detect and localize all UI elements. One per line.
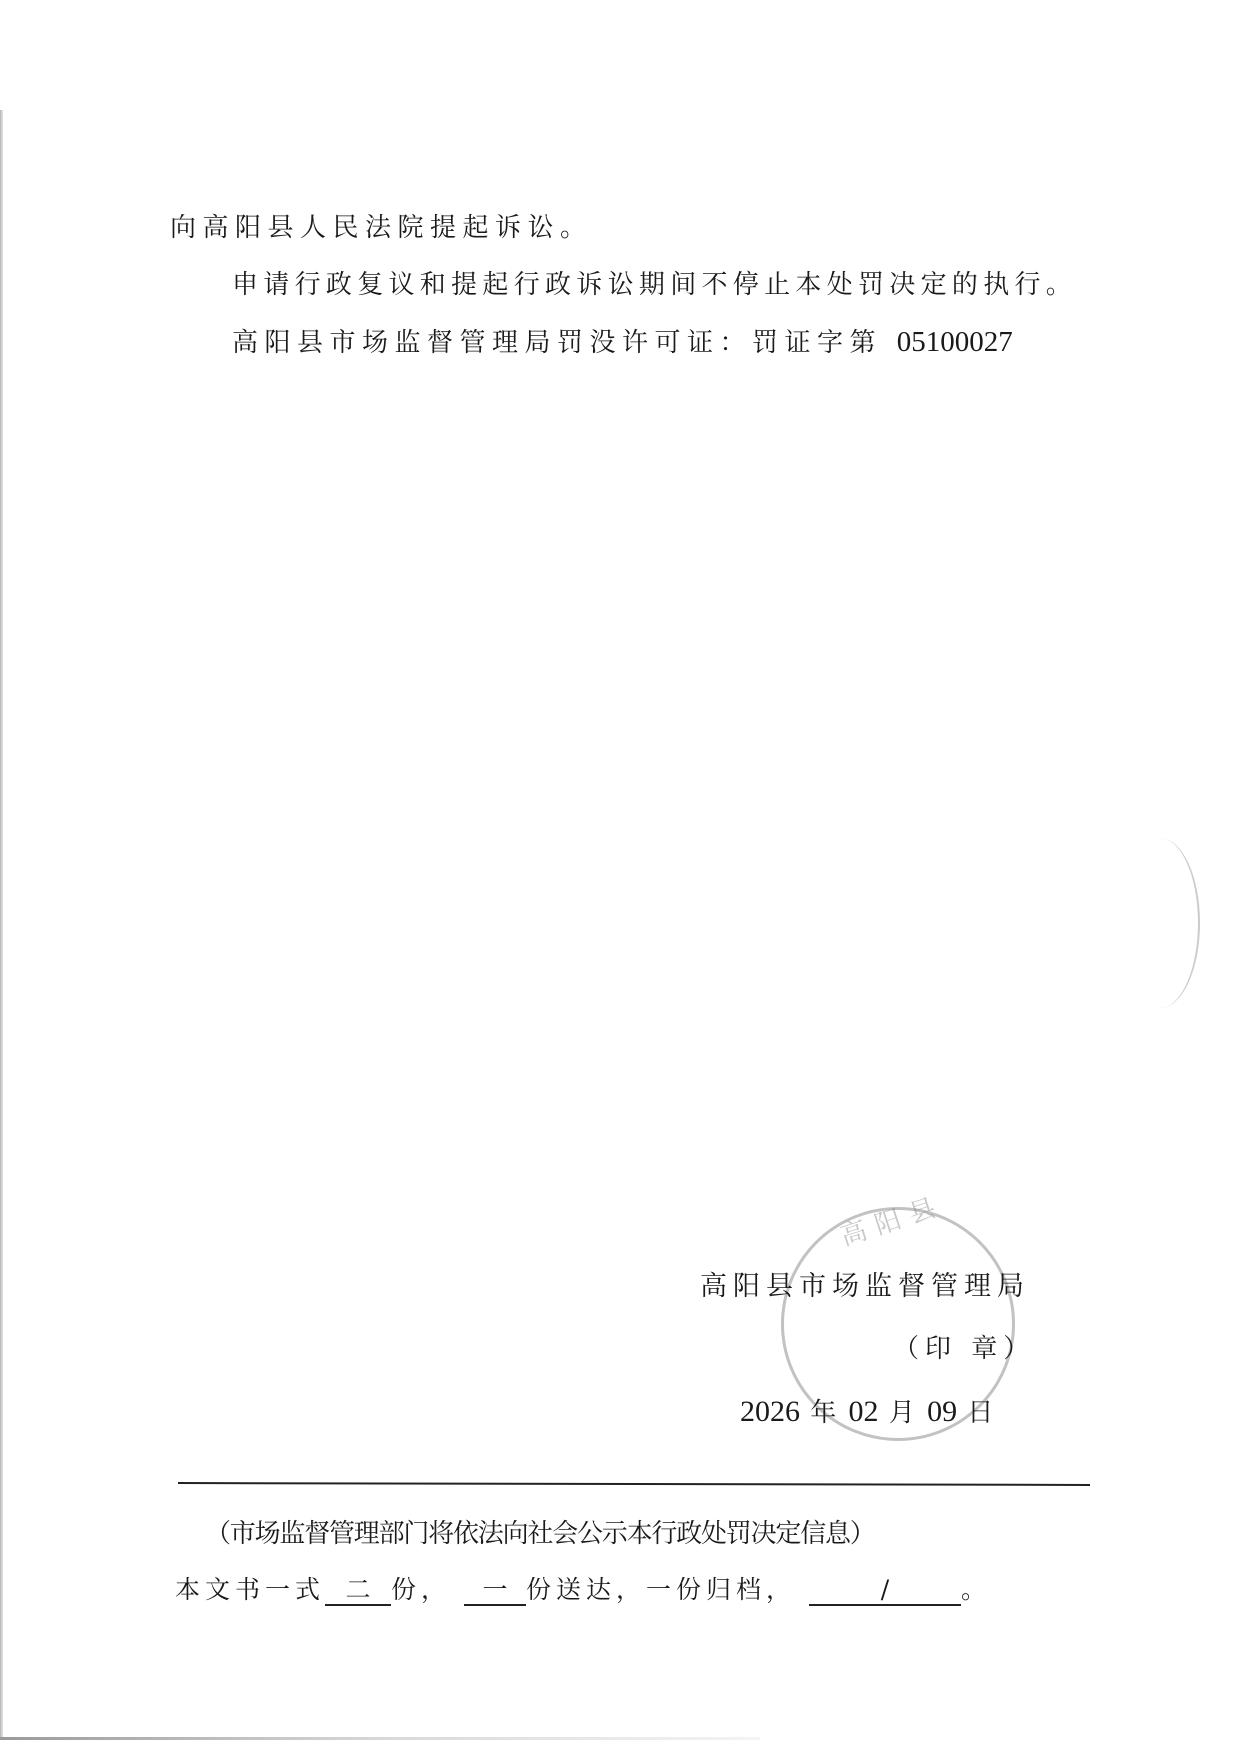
body-line-lawsuit: 向高阳县人民法院提起诉讼。 <box>170 212 593 244</box>
signature-seal-label: （印 章） <box>893 1333 1035 1365</box>
copies-statement: 本文书一式二份， 一份送达，一份归档， /。 <box>175 1574 991 1606</box>
scan-edge-left <box>0 110 3 1740</box>
footer-divider <box>178 1482 1090 1486</box>
permit-number: 05100027 <box>897 326 1013 358</box>
public-disclosure-notice: （市场监督管理部门将依法向社会公示本行政处罚决定信息） <box>205 1518 875 1550</box>
permit-label: 高阳县市场监督管理局罚没许可证：罚证字第 <box>232 328 882 358</box>
partial-seal-arc <box>1120 838 1200 1008</box>
copies-unit2: 份送达，一份归档， <box>526 1575 796 1604</box>
copies-other-blank: / <box>809 1576 961 1606</box>
date-year: 2026 <box>740 1395 800 1428</box>
signature-organization: 高阳县市场监督管理局 <box>700 1271 1030 1303</box>
date-month: 02 <box>849 1395 879 1428</box>
copies-suffix: 。 <box>961 1575 991 1604</box>
date-year-unit: 年 <box>810 1398 838 1428</box>
body-line-permit: 高阳县市场监督管理局罚没许可证：罚证字第 05100027 <box>232 326 1013 359</box>
copies-prefix: 本文书一式 <box>175 1575 325 1604</box>
date-day-unit: 日 <box>967 1398 995 1428</box>
body-line-no-suspension: 申请行政复议和提起行政诉讼期间不停止本处罚决定的执行。 <box>232 269 1077 301</box>
date-day: 09 <box>927 1395 957 1428</box>
signature-date: 2026 年 02 月 09 日 <box>740 1396 995 1429</box>
copies-unit1: 份， <box>391 1575 451 1604</box>
date-month-unit: 月 <box>889 1398 917 1428</box>
copies-served-blank: 一 <box>464 1576 526 1606</box>
copies-total-blank: 二 <box>325 1576 391 1606</box>
